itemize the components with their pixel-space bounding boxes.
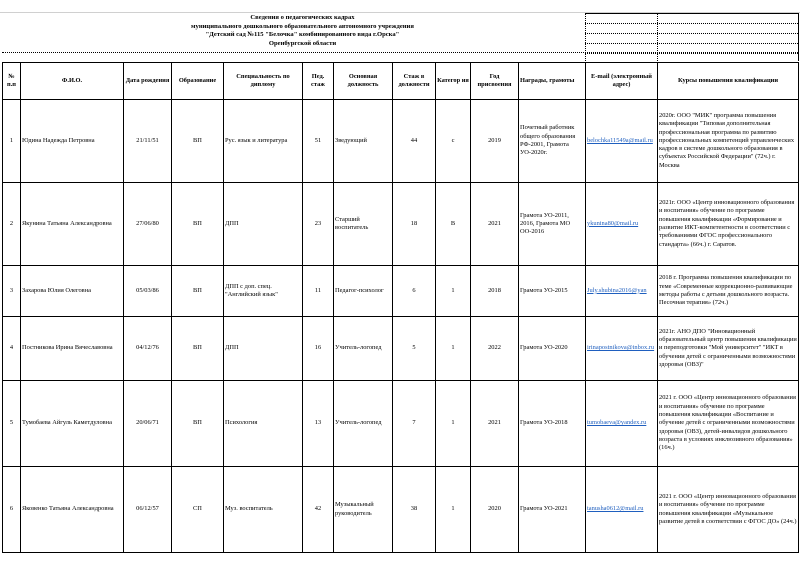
cell-year: 2021	[471, 183, 519, 266]
cell-specialty: Психология	[224, 381, 303, 467]
title-line-1: Сведения о педагогических кадрах	[0, 13, 585, 23]
cell-courses: 2021г. ООО «Центр инновационного образов…	[658, 183, 799, 266]
cell-name: Захарова Юлия Олеговна	[21, 266, 124, 317]
header-position-experience: Стаж в должности	[393, 63, 436, 100]
cell-year: 2019	[471, 100, 519, 183]
cell-position: Педагог-психолог	[334, 266, 393, 317]
cell-email: July.shubina2016@yan	[586, 266, 658, 317]
cell-birth: 20/06/71	[124, 381, 172, 467]
cell-specialty: Рус. язык и литература	[224, 100, 303, 183]
cell-num: 4	[3, 317, 21, 381]
table-row: 2 Якунина Татьяна Александровна 27/06/80…	[3, 183, 799, 266]
spreadsheet-page: Сведения о педагогических кадрах муницип…	[0, 0, 800, 566]
cell-position: Старший воспитатель	[334, 183, 393, 266]
cell-courses: 2018 г. Программа повышения квалификации…	[658, 266, 799, 317]
cell-awards: Почетный работник общего образования РФ-…	[519, 100, 586, 183]
cell-specialty: Муз. воспитатель	[224, 467, 303, 553]
cell-email: belochka11549a@mail.ru	[586, 100, 658, 183]
cell-awards: Грамота УО-2018	[519, 381, 586, 467]
email-link[interactable]: belochka11549a@mail.ru	[587, 137, 653, 144]
cell-courses: 2021 г. ООО «Центр инновационного образо…	[658, 381, 799, 467]
table-row: 3 Захарова Юлия Олеговна 05/03/86 ВП ДПП…	[3, 266, 799, 317]
cell-awards: Грамота УО-2011, 2016, Грамота МО ОО-201…	[519, 183, 586, 266]
cell-awards: Грамота УО-2020	[519, 317, 586, 381]
email-link[interactable]: tumobaeva@yandex.ru	[587, 419, 646, 426]
cell-email: tanusha0612@mail.ru	[586, 467, 658, 553]
cell-birth: 06/12/57	[124, 467, 172, 553]
cell-ped-experience: 51	[303, 100, 334, 183]
cell-birth: 27/06/80	[124, 183, 172, 266]
cell-num: 3	[3, 266, 21, 317]
cell-courses: 2020г. ООО "МИК" программа повышения ква…	[658, 100, 799, 183]
cell-education: СП	[172, 467, 224, 553]
header-email: E-mail (электронный адрес)	[586, 63, 658, 100]
header-category: Категор ия	[436, 63, 471, 100]
header-name: Ф.И.О.	[21, 63, 124, 100]
cell-position-experience: 38	[393, 467, 436, 553]
cell-position-experience: 7	[393, 381, 436, 467]
cell-courses: 2021 г. ООО «Центр инновационного образо…	[658, 467, 799, 553]
cell-category: 1	[436, 317, 471, 381]
cell-name: Юдина Надежда Петровна	[21, 100, 124, 183]
header-ped-experience: Пед. стаж	[303, 63, 334, 100]
cell-position-experience: 5	[393, 317, 436, 381]
cell-position-experience: 44	[393, 100, 436, 183]
cell-education: ВП	[172, 183, 224, 266]
cell-email: irinapostnikova@inbox.ru	[586, 317, 658, 381]
cell-category: 1	[436, 266, 471, 317]
cell-position: Учитель-логопед	[334, 317, 393, 381]
cell-category: В	[436, 183, 471, 266]
cell-courses: 2021г. АНО ДПО "Инновационный образовате…	[658, 317, 799, 381]
table-row: 6 Яковенко Татьяна Александровна 06/12/5…	[3, 467, 799, 553]
cell-ped-experience: 23	[303, 183, 334, 266]
cell-category: с	[436, 100, 471, 183]
cell-education: ВП	[172, 266, 224, 317]
email-link[interactable]: ykunina80@mail.ru	[587, 220, 638, 227]
cell-education: ВП	[172, 100, 224, 183]
email-link[interactable]: tanusha0612@mail.ru	[587, 505, 643, 512]
header-courses: Курсы повышения квалификации	[658, 63, 799, 100]
cell-email: tumobaeva@yandex.ru	[586, 381, 658, 467]
cell-birth: 04/12/76	[124, 317, 172, 381]
cell-year: 2018	[471, 266, 519, 317]
cell-category: 1	[436, 381, 471, 467]
email-link[interactable]: irinapostnikova@inbox.ru	[587, 344, 654, 351]
cell-year: 2021	[471, 381, 519, 467]
cell-birth: 21/11/51	[124, 100, 172, 183]
cell-specialty: ДПП с доп. спец. "Английский язык"	[224, 266, 303, 317]
header-position: Основная должность	[334, 63, 393, 100]
cell-ped-experience: 42	[303, 467, 334, 553]
cell-ped-experience: 16	[303, 317, 334, 381]
table-row: 1 Юдина Надежда Петровна 21/11/51 ВП Рус…	[3, 100, 799, 183]
cell-awards: Грамота УО-2015	[519, 266, 586, 317]
cell-birth: 05/03/86	[124, 266, 172, 317]
table-row: 4 Постникова Ирина Вячеславовна 04/12/76…	[3, 317, 799, 381]
header-year: Год присвоения	[471, 63, 519, 100]
cell-awards: Грамота УО-2021	[519, 467, 586, 553]
cell-name: Постникова Ирина Вячеславовна	[21, 317, 124, 381]
cell-year: 2022	[471, 317, 519, 381]
cell-num: 6	[3, 467, 21, 553]
cell-position-experience: 18	[393, 183, 436, 266]
header-num: № п.п	[3, 63, 21, 100]
cell-education: ВП	[172, 317, 224, 381]
cell-specialty: ДПП	[224, 317, 303, 381]
header-specialty: Специальность по диплому	[224, 63, 303, 100]
header-awards: Награды, грамоты	[519, 63, 586, 100]
cell-position: Учитель-логопед	[334, 381, 393, 467]
header-birth: Дата рождения	[124, 63, 172, 100]
table-header-row: № п.п Ф.И.О. Дата рождения Образование С…	[3, 63, 799, 100]
cell-specialty: ДПП	[224, 183, 303, 266]
cell-num: 5	[3, 381, 21, 467]
title-line-2: муниципального дошкольного образовательн…	[0, 23, 585, 32]
cell-name: Яковенко Татьяна Александровна	[21, 467, 124, 553]
cell-category: 1	[436, 467, 471, 553]
table-row: 5 Тумобаева Айгуль Каметдуловна 20/06/71…	[3, 381, 799, 467]
cell-name: Тумобаева Айгуль Каметдуловна	[21, 381, 124, 467]
cell-position: Музыкальный руководитель	[334, 467, 393, 553]
cell-email: ykunina80@mail.ru	[586, 183, 658, 266]
staff-table: № п.п Ф.И.О. Дата рождения Образование С…	[2, 62, 799, 553]
title-line-4: Оренбургской области	[0, 40, 585, 49]
cell-position: Зведующий	[334, 100, 393, 183]
cell-position-experience: 6	[393, 266, 436, 317]
spacer-row	[0, 52, 800, 62]
cell-ped-experience: 11	[303, 266, 334, 317]
cell-ped-experience: 13	[303, 381, 334, 467]
cell-year: 2020	[471, 467, 519, 553]
title-line-3: "Детский сад №115 "Белочка" комбинирован…	[0, 31, 585, 40]
header-education: Образование	[172, 63, 224, 100]
email-link[interactable]: July.shubina2016@yan	[587, 287, 647, 294]
cell-num: 2	[3, 183, 21, 266]
cell-education: ВП	[172, 381, 224, 467]
cell-num: 1	[3, 100, 21, 183]
cell-name: Якунина Татьяна Александровна	[21, 183, 124, 266]
